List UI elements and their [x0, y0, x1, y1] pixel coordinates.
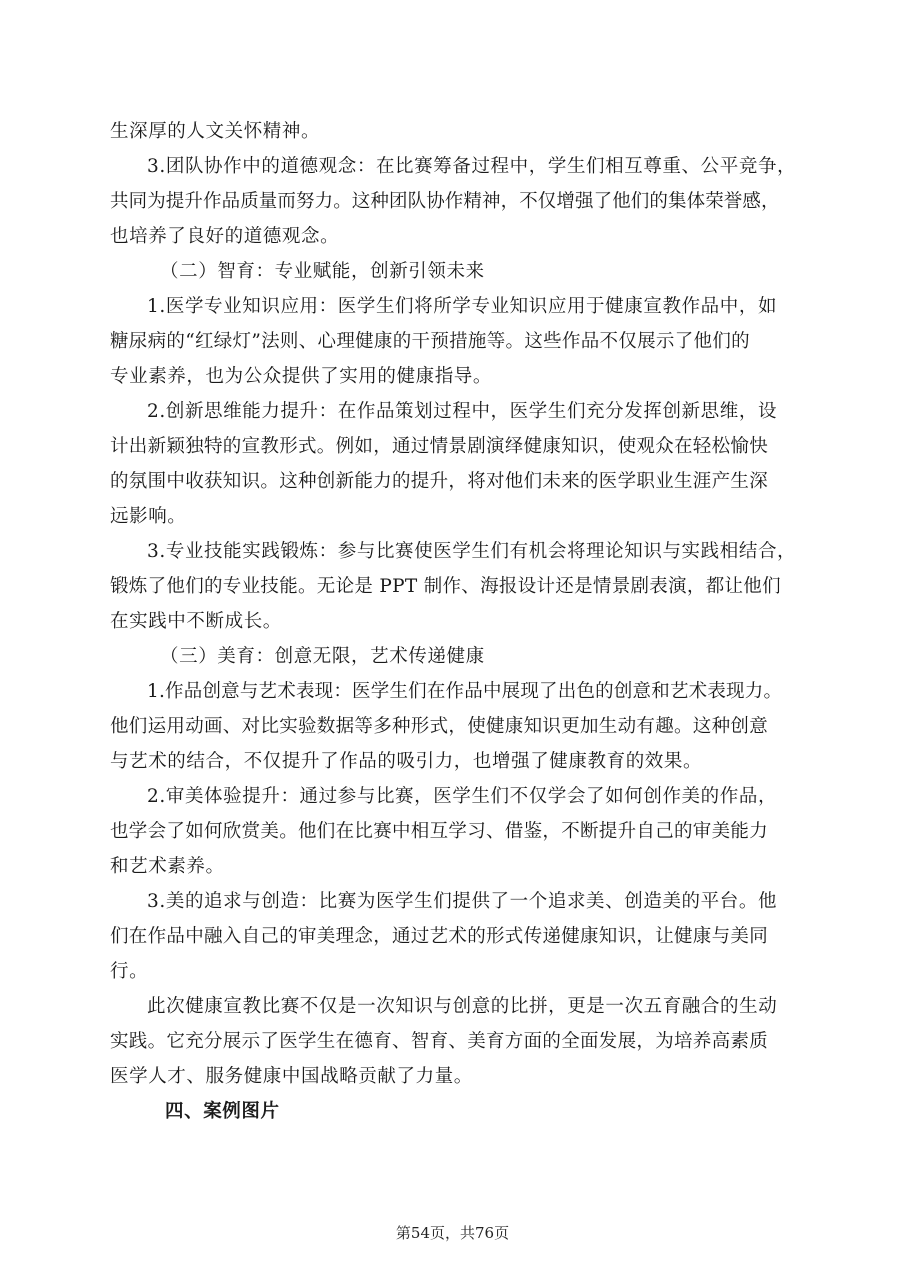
paragraph-line: 和艺术素养。	[110, 849, 800, 884]
paragraph-line: 的氛围中收获知识。这种创新能力的提升，将对他们未来的医学职业生涯产生深	[110, 464, 800, 499]
paragraph-line: 专业素养，也为公众提供了实用的健康指导。	[110, 359, 800, 394]
paragraph-line: 医学人才、服务健康中国战略贡献了力量。	[110, 1059, 800, 1094]
subheading-aesthetic-education: （三）美育：创意无限，艺术传递健康	[110, 639, 800, 674]
paragraph-line: 也培养了良好的道德观念。	[110, 219, 800, 254]
subheading-intellectual-education: （二）智育：专业赋能，创新引领未来	[110, 254, 800, 289]
paragraph-line: 1.医学专业知识应用：医学生们将所学专业知识应用于健康宣教作品中，如	[110, 289, 800, 324]
paragraph-line: 计出新颖独特的宣教形式。例如，通过情景剧演绎健康知识，使观众在轻松愉快	[110, 429, 800, 464]
paragraph-line: 与艺术的结合，不仅提升了作品的吸引力，也增强了健康教育的效果。	[110, 744, 800, 779]
paragraph-line: 2.创新思维能力提升：在作品策划过程中，医学生们充分发挥创新思维，设	[110, 394, 800, 429]
paragraph-line: 3.专业技能实践锻炼：参与比赛使医学生们有机会将理论知识与实践相结合，	[110, 534, 800, 569]
paragraph-line: 行。	[110, 954, 800, 989]
paragraph-line: 共同为提升作品质量而努力。这种团队协作精神，不仅增强了他们的集体荣誉感，	[110, 184, 800, 219]
paragraph-line: 1.作品创意与艺术表现：医学生们在作品中展现了出色的创意和艺术表现力。	[110, 674, 800, 709]
paragraph-line: 3.美的追求与创造：比赛为医学生们提供了一个追求美、创造美的平台。他	[110, 884, 800, 919]
section-heading-case-images: 四、案例图片	[110, 1094, 800, 1129]
paragraph-line: 糖尿病的“红绿灯”法则、心理健康的干预措施等。这些作品不仅展示了他们的	[110, 324, 800, 359]
paragraph-line: 远影响。	[110, 499, 800, 534]
paragraph-line: 3.团队协作中的道德观念：在比赛筹备过程中，学生们相互尊重、公平竞争，	[110, 149, 800, 184]
paragraph-continuation-line: 生深厚的人文关怀精神。	[110, 114, 800, 149]
paragraph-line: 他们运用动画、对比实验数据等多种形式，使健康知识更加生动有趣。这种创意	[110, 709, 800, 744]
paragraph-line: 2.审美体验提升：通过参与比赛，医学生们不仅学会了如何创作美的作品，	[110, 779, 800, 814]
paragraph-line: 在实践中不断成长。	[110, 604, 800, 639]
paragraph-line: 实践。它充分展示了医学生在德育、智育、美育方面的全面发展，为培养高素质	[110, 1024, 800, 1059]
page-number-footer: 第54页，共76页	[0, 1222, 905, 1243]
paragraph-line: 锻炼了他们的专业技能。无论是 PPT 制作、海报设计还是情景剧表演，都让他们	[110, 569, 800, 604]
paragraph-line: 也学会了如何欣赏美。他们在比赛中相互学习、借鉴，不断提升自己的审美能力	[110, 814, 800, 849]
paragraph-line: 们在作品中融入自己的审美理念，通过艺术的形式传递健康知识，让健康与美同	[110, 919, 800, 954]
document-body: 生深厚的人文关怀精神。 3.团队协作中的道德观念：在比赛筹备过程中，学生们相互尊…	[110, 114, 800, 1129]
paragraph-line: 此次健康宣教比赛不仅是一次知识与创意的比拼，更是一次五育融合的生动	[110, 989, 800, 1024]
